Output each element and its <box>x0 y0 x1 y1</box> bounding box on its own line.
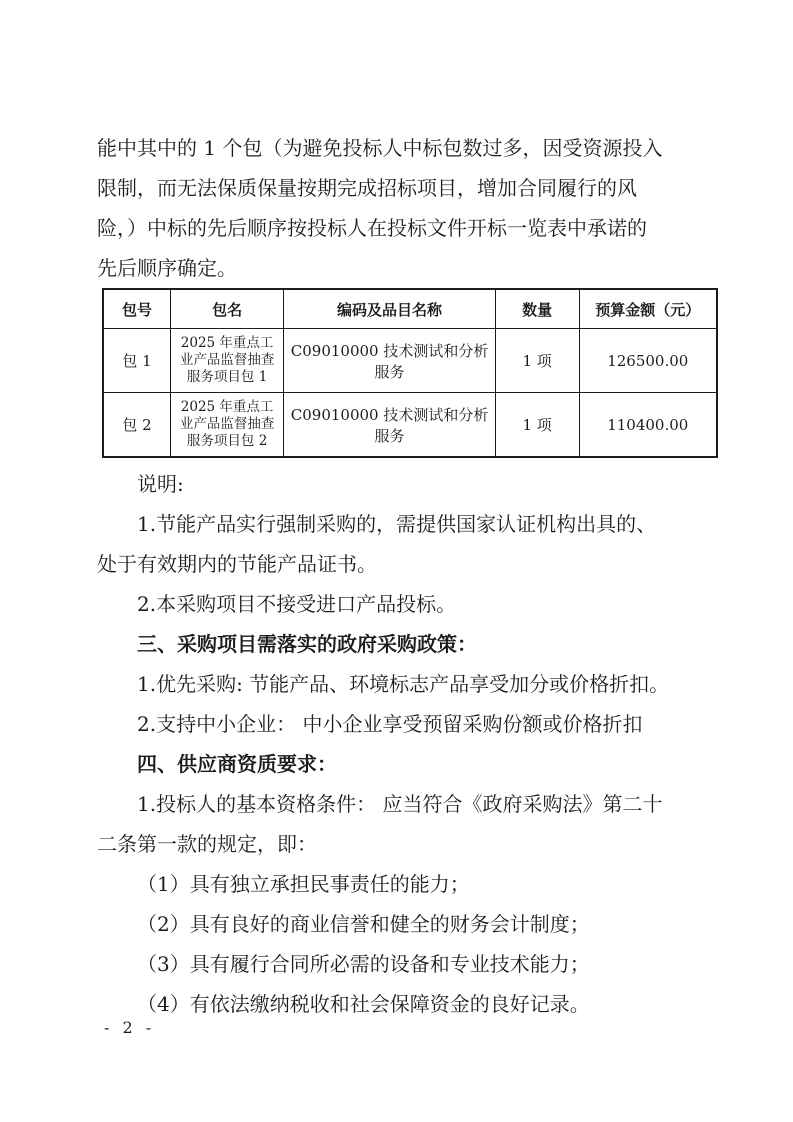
table-header-row: 包号 包名 编码及品目名称 数量 预算金额（元） <box>103 289 717 329</box>
table-row: 包 1 2025 年重点工业产品监督抽查服务项目包 1 C09010000 技术… <box>103 329 717 393</box>
cell-quantity: 1 项 <box>495 329 579 393</box>
header-budget: 预算金额（元） <box>579 289 717 329</box>
qualification-subitem-2: （2）具有良好的商业信誉和健全的财务会计制度； <box>97 904 718 944</box>
section-heading-supplier-qualifications: 四、供应商资质要求： <box>97 744 718 784</box>
intro-paragraph: 能中其中的 1 个包（为避免投标人中标包数过多，因受资源投入 限制，而无法保质保… <box>97 128 718 288</box>
cell-quantity: 1 项 <box>495 393 579 458</box>
note-item-1: 1.节能产品实行强制采购的，需提供国家认证机构出具的、 <box>97 504 718 544</box>
section-heading-policies: 三、采购项目需落实的政府采购政策： <box>97 624 718 664</box>
intro-line: 能中其中的 1 个包（为避免投标人中标包数过多，因受资源投入 <box>97 128 718 168</box>
page-number: - 2 - <box>104 1018 155 1037</box>
qualification-subitem-1: （1）具有独立承担民事责任的能力； <box>97 864 718 904</box>
package-budget-table: 包号 包名 编码及品目名称 数量 预算金额（元） 包 1 2025 年重点工业产… <box>102 288 718 458</box>
header-package-name: 包名 <box>170 289 283 329</box>
cell-code-and-item: C09010000 技术测试和分析服务 <box>284 329 495 393</box>
qualification-item-1: 1.投标人的基本资格条件： 应当符合《政府采购法》第二十 <box>97 784 718 824</box>
cell-package-no: 包 1 <box>103 329 170 393</box>
note-item-1-continued: 处于有效期内的节能产品证书。 <box>97 544 718 584</box>
cell-budget: 126500.00 <box>579 329 717 393</box>
cell-package-name: 2025 年重点工业产品监督抽查服务项目包 2 <box>170 393 283 458</box>
policy-item-1: 1.优先采购: 节能产品、环境标志产品享受加分或价格折扣。 <box>97 664 718 704</box>
body-text: 说明: 1.节能产品实行强制采购的，需提供国家认证机构出具的、 处于有效期内的节… <box>97 464 718 1024</box>
notes-label: 说明: <box>97 464 718 504</box>
policy-item-2: 2.支持中小企业： 中小企业享受预留采购份额或价格折扣 <box>97 704 718 744</box>
header-quantity: 数量 <box>495 289 579 329</box>
qualification-item-1-continued: 二条第一款的规定，即： <box>97 824 718 864</box>
header-package-no: 包号 <box>103 289 170 329</box>
intro-line: 险，）中标的先后顺序按投标人在投标文件开标一览表中承诺的 <box>97 208 718 248</box>
document-page: 能中其中的 1 个包（为避免投标人中标包数过多，因受资源投入 限制，而无法保质保… <box>0 0 793 1122</box>
cell-package-name: 2025 年重点工业产品监督抽查服务项目包 1 <box>170 329 283 393</box>
note-item-2: 2.本采购项目不接受进口产品投标。 <box>97 584 718 624</box>
qualification-subitem-4: （4）有依法缴纳税收和社会保障资金的良好记录。 <box>97 984 718 1024</box>
cell-package-no: 包 2 <box>103 393 170 458</box>
cell-code-and-item: C09010000 技术测试和分析服务 <box>284 393 495 458</box>
table-row: 包 2 2025 年重点工业产品监督抽查服务项目包 2 C09010000 技术… <box>103 393 717 458</box>
document-content: 能中其中的 1 个包（为避免投标人中标包数过多，因受资源投入 限制，而无法保质保… <box>97 128 718 1024</box>
cell-budget: 110400.00 <box>579 393 717 458</box>
header-code-and-item: 编码及品目名称 <box>284 289 495 329</box>
qualification-subitem-3: （3）具有履行合同所必需的设备和专业技术能力； <box>97 944 718 984</box>
intro-line: 先后顺序确定。 <box>97 248 718 288</box>
intro-line: 限制，而无法保质保量按期完成招标项目，增加合同履行的风 <box>97 168 718 208</box>
